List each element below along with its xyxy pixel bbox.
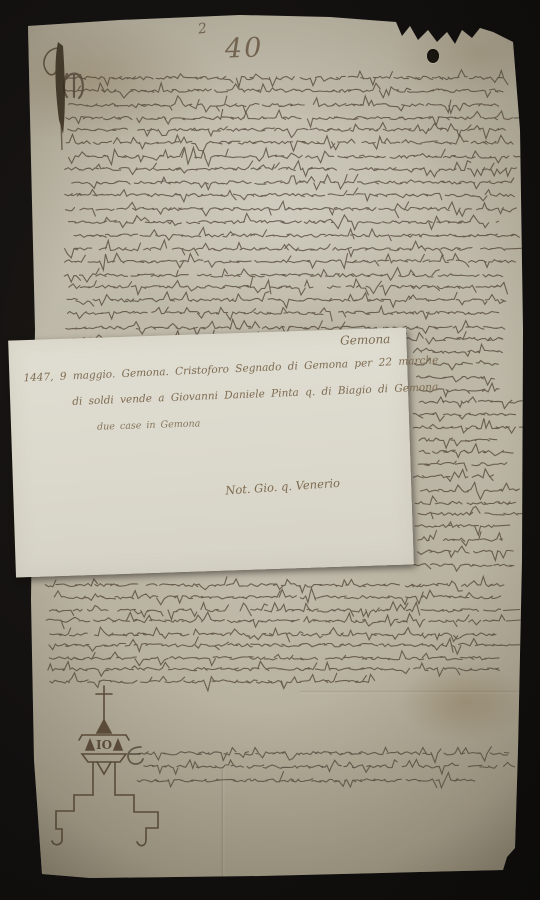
- photograph-stage: IO 2 40 Gemona 1447, 9 maggio. Gemona. C…: [0, 0, 540, 900]
- fold-crease-horizontal: [300, 690, 520, 694]
- notarial-sign-icon: IO: [30, 680, 190, 860]
- note-notary-attribution: Not. Gio. q. Venerio: [225, 476, 341, 498]
- archivist-note-paper: Gemona 1447, 9 maggio. Gemona. Cristofor…: [8, 327, 414, 577]
- note-place-header: Gemona: [340, 332, 391, 348]
- ink-blot: [20, 20, 140, 180]
- archival-number-small: 2: [197, 20, 208, 37]
- archival-number-large: 40: [224, 32, 263, 64]
- fold-crease-vertical: [221, 770, 225, 878]
- sign-letters: IO: [96, 738, 112, 752]
- note-regest-line-2: di soldi vende a Giovanni Daniele Pinta …: [72, 381, 438, 408]
- note-regest-line-1: 1447, 9 maggio. Gemona. Cristoforo Segna…: [23, 354, 438, 384]
- note-regest-line-3: due case in Gemona: [97, 418, 201, 432]
- parchment-hole: [427, 49, 439, 63]
